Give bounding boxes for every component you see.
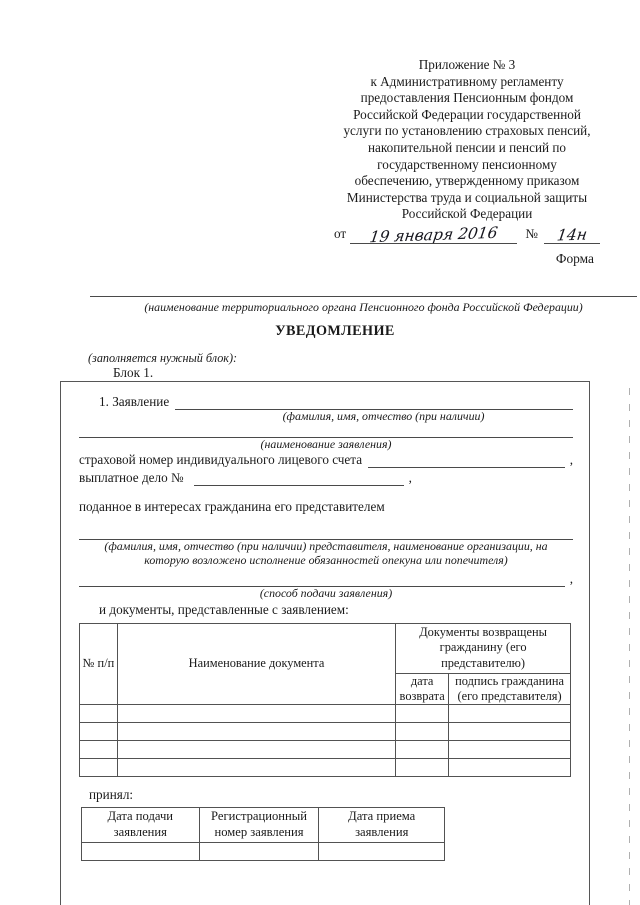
col-header-submission-date: Дата подачи заявления bbox=[82, 807, 200, 842]
forma-label: Форма bbox=[556, 251, 594, 267]
representative-caption-line2: которую возложено исполнение обязанносте… bbox=[79, 554, 573, 568]
cell-doc bbox=[117, 704, 395, 722]
cell-date bbox=[396, 722, 449, 740]
cell-doc bbox=[117, 722, 395, 740]
cell-sign bbox=[449, 704, 571, 722]
snils-trailing-comma: , bbox=[570, 452, 573, 468]
cell-num bbox=[80, 740, 118, 758]
documents-empty-row bbox=[80, 704, 571, 722]
submission-method-row: , bbox=[79, 567, 573, 587]
appendix-line: накопительной пенсии и пенсий по bbox=[334, 140, 600, 157]
payout-case-blank bbox=[194, 471, 404, 486]
applicant-caption: (фамилия, имя, отчество (при наличии) bbox=[194, 410, 573, 424]
submitted-by-representative-text: поданное в интересах гражданина его пред… bbox=[79, 499, 573, 515]
application-name-caption: (наименование заявления) bbox=[79, 438, 573, 452]
scan-edge-artifact bbox=[629, 388, 630, 905]
snils-row: страховой номер индивидуального лицевого… bbox=[79, 452, 573, 468]
cell-acceptance-date bbox=[319, 842, 445, 860]
appendix-line: Министерства труда и социальной защиты bbox=[334, 190, 600, 207]
application-label: 1. Заявление bbox=[99, 394, 169, 410]
col-header-acceptance-date: Дата приема заявления bbox=[319, 807, 445, 842]
submission-method-caption: (способ подачи заявления) bbox=[79, 587, 573, 601]
cell-num bbox=[80, 722, 118, 740]
acceptance-empty-row bbox=[82, 842, 445, 860]
cell-date bbox=[396, 740, 449, 758]
org-name-blank-line bbox=[90, 296, 637, 297]
appendix-line: к Административному регламенту bbox=[334, 74, 600, 91]
order-date-number-line: от 19 января 2016 № 14н bbox=[334, 226, 600, 244]
applicant-name-blank bbox=[175, 395, 573, 410]
col-header-returned-group: Документы возвращены гражданину (его пре… bbox=[396, 623, 571, 673]
payout-case-label: выплатное дело № bbox=[79, 470, 184, 486]
order-from-label: от bbox=[334, 226, 346, 244]
appendix-line: Российской Федерации государственной bbox=[334, 107, 600, 124]
handwritten-order-number: 14н bbox=[543, 226, 601, 245]
application-row: 1. Заявление bbox=[99, 394, 573, 410]
col-header-document-name: Наименование документа bbox=[117, 623, 395, 704]
order-number-sign: № bbox=[525, 226, 538, 244]
accepted-label: принял: bbox=[89, 787, 573, 803]
submission-method-blank bbox=[79, 567, 565, 587]
snils-blank bbox=[368, 453, 565, 468]
handwritten-order-date: 19 января 2016 bbox=[349, 224, 518, 247]
appendix-line: государственному пенсионному bbox=[334, 157, 600, 174]
application-name-blank bbox=[79, 424, 573, 438]
payout-trailing-comma: , bbox=[409, 470, 412, 486]
documents-empty-row bbox=[80, 722, 571, 740]
appendix-header: Приложение № 3 к Административному регла… bbox=[334, 57, 600, 244]
representative-blank bbox=[79, 515, 573, 540]
documents-table: № п/п Наименование документа Документы в… bbox=[79, 623, 571, 777]
scanned-form-page: Приложение № 3 к Административному регла… bbox=[0, 0, 640, 905]
document-title: УВЕДОМЛЕНИЕ bbox=[0, 323, 640, 340]
cell-num bbox=[80, 758, 118, 776]
order-date-blank: 19 января 2016 bbox=[350, 226, 517, 244]
appendix-line: Российской Федерации bbox=[334, 206, 600, 223]
appendix-line: предоставления Пенсионным фондом bbox=[334, 90, 600, 107]
snils-label: страховой номер индивидуального лицевого… bbox=[79, 452, 362, 468]
order-number-blank: 14н bbox=[544, 226, 600, 244]
cell-date bbox=[396, 704, 449, 722]
appendix-line: Приложение № 3 bbox=[334, 57, 600, 74]
documents-empty-row bbox=[80, 740, 571, 758]
acceptance-table: Дата подачи заявления Регистрационный но… bbox=[81, 807, 445, 861]
method-trailing-comma: , bbox=[570, 571, 573, 587]
cell-submission-date bbox=[82, 842, 200, 860]
org-name-caption: (наименование территориального органа Пе… bbox=[90, 300, 637, 315]
appendix-line: услуги по установлению страховых пенсий, bbox=[334, 123, 600, 140]
col-header-return-date: дата возврата bbox=[396, 673, 449, 704]
appendix-line: обеспечению, утвержденному приказом bbox=[334, 173, 600, 190]
fill-note: (заполняется нужный блок): bbox=[88, 351, 237, 366]
representative-caption-line1: (фамилия, имя, отчество (при наличии) пр… bbox=[79, 540, 573, 554]
cell-registration-number bbox=[199, 842, 319, 860]
cell-sign bbox=[449, 758, 571, 776]
col-header-number: № п/п bbox=[80, 623, 118, 704]
block1-box: 1. Заявление (фамилия, имя, отчество (пр… bbox=[60, 381, 590, 905]
col-header-citizen-signature: подпись гражданина (его представителя) bbox=[449, 673, 571, 704]
cell-num bbox=[80, 704, 118, 722]
cell-sign bbox=[449, 722, 571, 740]
col-header-registration-number: Регистрационный номер заявления bbox=[199, 807, 319, 842]
cell-doc bbox=[117, 758, 395, 776]
block1-label: Блок 1. bbox=[113, 365, 153, 381]
cell-doc bbox=[117, 740, 395, 758]
payout-case-row: выплатное дело № , bbox=[79, 470, 573, 486]
documents-intro: и документы, представленные с заявлением… bbox=[99, 602, 573, 618]
documents-empty-row bbox=[80, 758, 571, 776]
cell-date bbox=[396, 758, 449, 776]
cell-sign bbox=[449, 740, 571, 758]
